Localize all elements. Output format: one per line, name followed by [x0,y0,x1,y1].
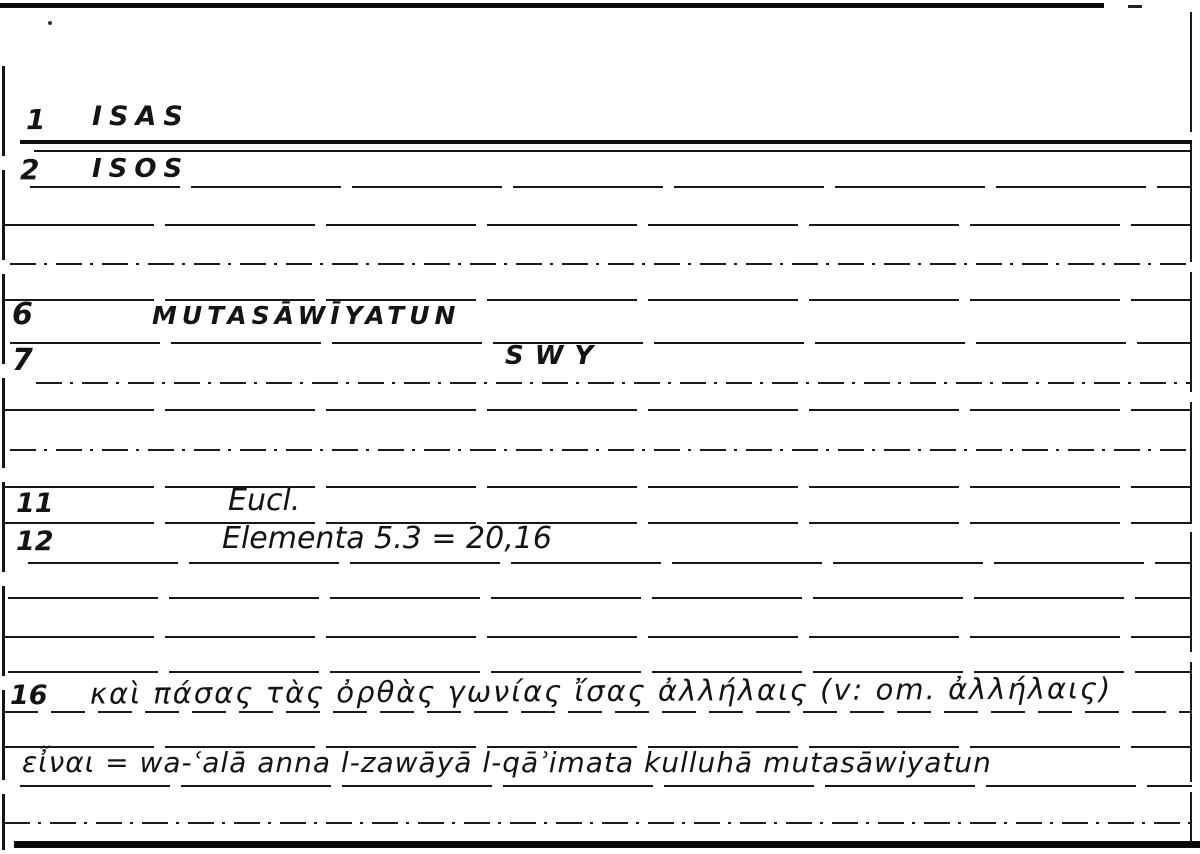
entry-text-author: Eucl. [228,486,300,516]
ruled-line [4,224,1192,226]
ruled-line [20,140,1192,144]
line-number: 6 [12,300,33,330]
ink-dot [48,21,52,25]
line-number: 1 [26,106,45,134]
entry-text-arabic-equivalent: εἶναι = wa-ʿalā anna l-zawāyā l-qāʾimata… [22,749,992,777]
line-number: 16 [10,682,48,709]
ruled-line [10,449,1192,451]
ruled-line [36,382,1192,384]
ruled-line [4,636,1192,638]
ruled-line [4,409,1192,411]
ruled-line [10,263,1192,265]
line-number: 7 [12,346,33,376]
card-top-border-fragment [1128,5,1142,8]
ruled-line [34,150,1192,152]
entry-text-greek-translit: ISAS [92,103,190,130]
ruled-line [4,711,1192,713]
card-top-border [0,3,1104,8]
card-bottom-border [14,841,1200,848]
entry-text-greek-translit: ISOS [92,156,189,182]
ruled-line [4,522,1192,524]
line-number: 11 [16,490,54,517]
ruled-line [8,597,1192,599]
card-left-border [2,66,5,850]
ruled-line [30,186,1192,188]
handwritten-index-card: 1 ISAS 2 ISOS 6 MUTASĀWĪYATUN 7 SWY 11 E… [0,0,1200,854]
entry-text-arabic-translit: MUTASĀWĪYATUN [152,303,460,328]
line-number: 12 [16,528,54,555]
ruled-line [28,562,1192,564]
entry-text-greek-quote: καὶ πάσας τὰς ὀρθὰς γωνίας ἴσας ἀλλήλαις… [90,674,1112,708]
ruled-line [4,822,1192,824]
ruled-line [20,785,1192,787]
entry-text-root: SWY [505,343,604,369]
entry-text-reference: Elementa 5.3 = 20,16 [222,524,552,554]
ruled-line [4,486,1192,488]
line-number: 2 [20,156,39,184]
card-right-border [1190,12,1192,845]
